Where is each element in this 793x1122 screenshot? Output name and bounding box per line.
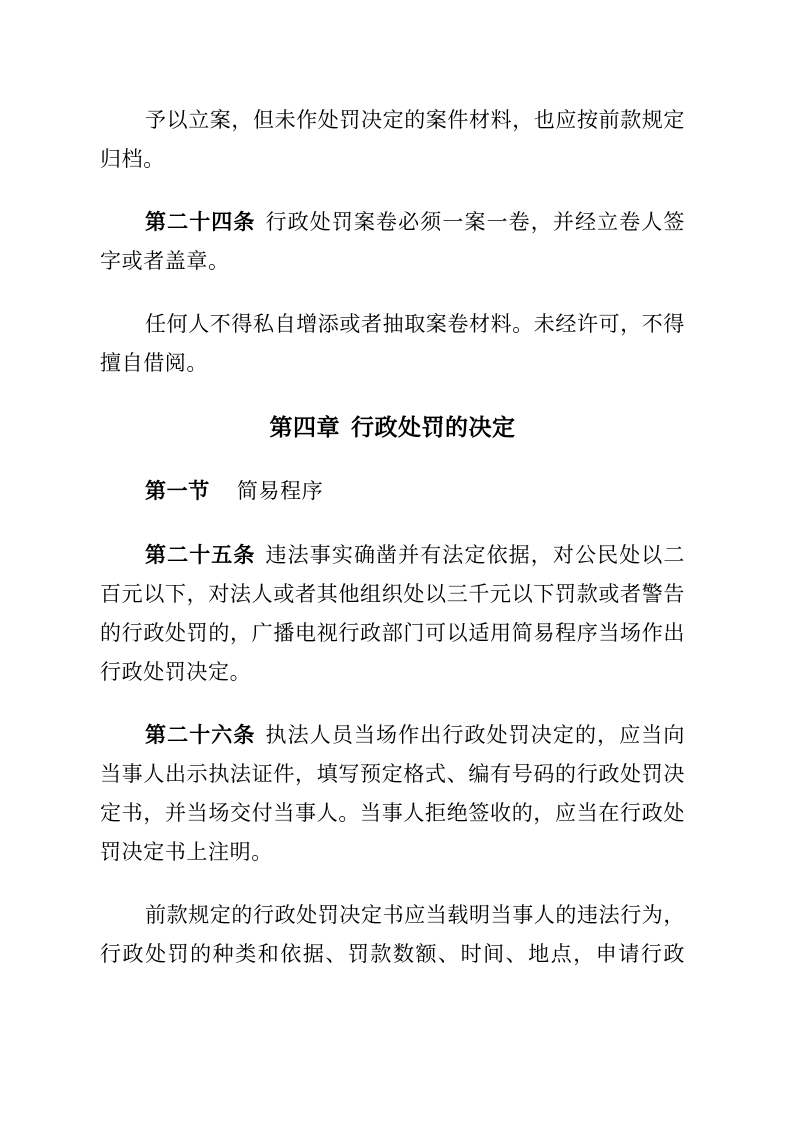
document-page: 予以立案，但未作处罚决定的案件材料，也应按前款规定归档。 第二十四条行政处罚案卷… (0, 0, 793, 1122)
paragraph-article-23-continuation: 予以立案，但未作处罚决定的案件材料，也应按前款规定归档。 (100, 101, 685, 179)
section-number: 第一节 (145, 480, 210, 503)
article-26-number: 第二十六条 (145, 724, 256, 747)
paragraph-article-26: 第二十六条执法人员当场作出行政处罚决定的，应当向当事人出示执法证件，填写预定格式… (100, 716, 685, 872)
paragraph-article-25: 第二十五条违法事实确凿并有法定依据，对公民处以二百元以下，对法人或者其他组织处以… (100, 536, 685, 692)
paragraph-article-24-clause-2: 任何人不得私自增添或者抽取案卷材料。未经许可，不得擅自借阅。 (100, 305, 685, 383)
chapter-heading: 第四章行政处罚的决定 (100, 407, 685, 447)
article-25-number: 第二十五条 (145, 544, 256, 567)
chapter-number: 第四章 (270, 414, 341, 440)
chapter-title: 行政处罚的决定 (351, 414, 516, 440)
section-title: 简易程序 (237, 479, 323, 503)
paragraph-article-26-clause-2: 前款规定的行政处罚决定书应当载明当事人的违法行为，行政处罚的种类和依据、罚款数额… (100, 896, 685, 974)
article-24-number: 第二十四条 (145, 211, 256, 234)
paragraph-article-24: 第二十四条行政处罚案卷必须一案一卷，并经立卷人签字或者盖章。 (100, 203, 685, 281)
section-heading: 第一节简易程序 (100, 471, 685, 512)
